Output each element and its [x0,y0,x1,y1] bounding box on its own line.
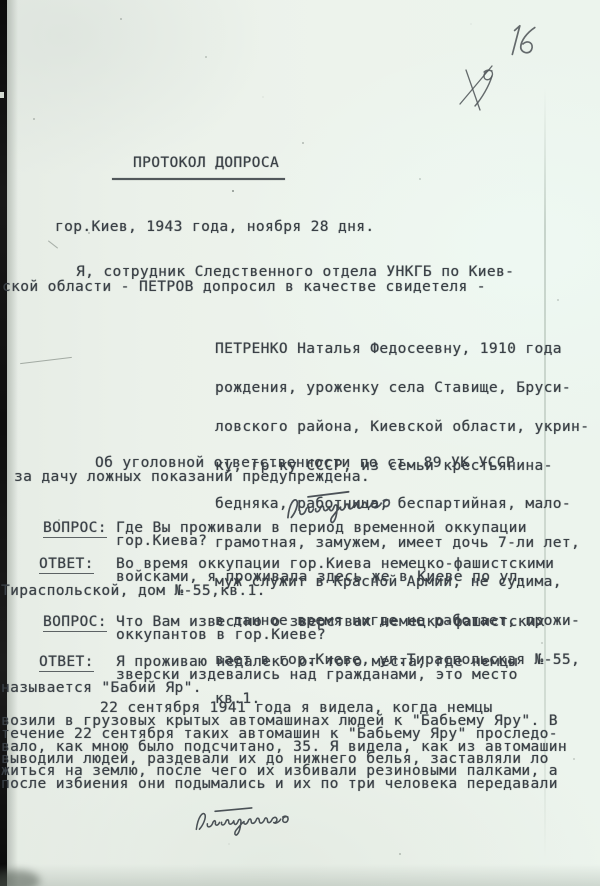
handwritten-page-number [504,23,544,61]
narrative-line: после избиения они подымались и их по тр… [1,778,558,791]
paper-specks [0,0,2,2]
answer-label-text: ОТВЕТ: [39,654,94,672]
question-label: ВОПРОС: [43,522,107,535]
handwritten-crossed-mark [448,60,498,116]
dateline: гор.Киев, 1943 года, ноября 28 дня. [55,221,375,234]
scanned-document-page: ПРОТОКОЛ ДОПРОСА гор.Киев, 1943 года, но… [0,0,600,886]
witness-line: рождения, уроженку села Ставище, Бруси- [215,382,589,395]
answer-overflow-line: называется "Бабий Яр". [1,682,202,695]
witness-line: ловского района, Киевской области, укрин… [215,421,589,434]
answer-label-text: ОТВЕТ: [39,556,94,574]
question-label-text: ВОПРОС: [43,614,107,632]
question-line: гор.Киева? [116,535,207,548]
title-underline [112,178,285,180]
answer-overflow-line: Тираспольской, дом №-55,кв.1. [1,585,266,598]
document-title: ПРОТОКОЛ ДОПРОСА [133,157,279,170]
answer-label: ОТВЕТ: [39,656,94,669]
answer-label: ОТВЕТ: [39,558,94,571]
intro-line: Я, сотрудник Следственного отдела УНКГБ … [76,266,514,279]
witness-line: грамотная, замужем, имеет дочь 7-ли лет, [215,537,589,550]
witness-line: ПЕТРЕНКО Наталья Федосеевну, 1910 года [215,343,589,356]
intro-line: ской области - ПЕТРОВ допросил в качеств… [2,281,486,294]
paper-scratch [48,240,58,248]
signature-petrenko [192,803,295,838]
witness-line: бедняка, работница, беспартийная, мало- [215,498,589,511]
scan-edge-notch [0,92,4,98]
question-line: оккупантов в гор.Киеве? [116,629,326,642]
question-label: ВОПРОС: [43,616,107,629]
paper-scratch [20,357,72,364]
question-label-text: ВОПРОС: [43,520,107,538]
warning-line: за дачу ложных показаний предупреждена. [14,471,370,484]
paper-bottom-shadow [0,864,600,886]
